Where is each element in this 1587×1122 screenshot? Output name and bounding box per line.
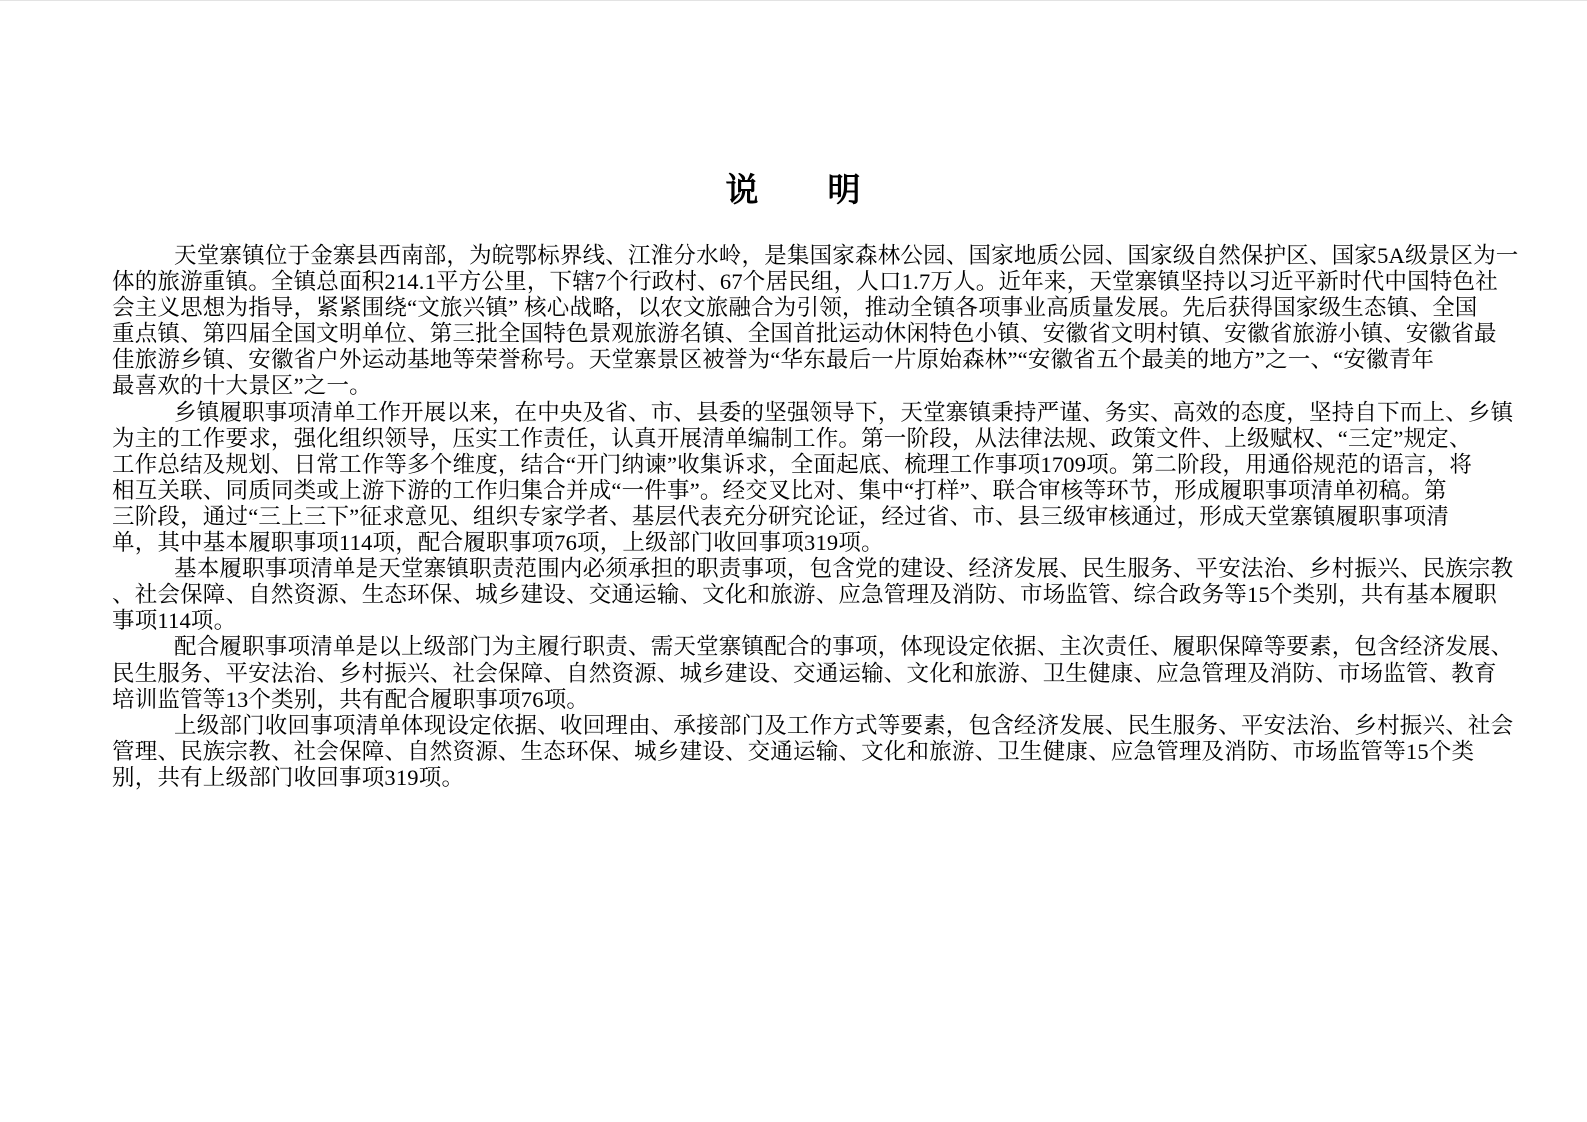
text-line: 会主义思想为指导，紧紧围绕“文旅兴镇” 核心战略，以农文旅融合为引领，推动全镇各…	[112, 295, 1442, 321]
text-line: 民生服务、平安法治、乡村振兴、社会保障、自然资源、城乡建设、交通运输、文化和旅游…	[112, 661, 1442, 687]
text-line: 、社会保障、自然资源、生态环保、城乡建设、交通运输、文化和旅游、应急管理及消防、…	[112, 582, 1442, 608]
text-line: 培训监管等13个类别，共有配合履职事项76项。	[112, 687, 1442, 713]
text-line: 重点镇、第四届全国文明单位、第三批全国特色景观旅游名镇、全国首批运动休闲特色小镇…	[112, 321, 1442, 347]
paragraph: 配合履职事项清单是以上级部门为主履行职责、需天堂寨镇配合的事项，体现设定依据、主…	[112, 634, 1442, 712]
document-title: 说 明	[0, 171, 1587, 211]
text-line: 工作总结及规划、日常工作等多个维度，结合“开门纳谏”收集诉求，全面起底、梳理工作…	[112, 452, 1442, 478]
text-line: 配合履职事项清单是以上级部门为主履行职责、需天堂寨镇配合的事项，体现设定依据、主…	[112, 634, 1442, 660]
text-line: 单，其中基本履职事项114项，配合履职事项76项，上级部门收回事项319项。	[112, 530, 1442, 556]
text-line: 相互关联、同质同类或上游下游的工作归集合并成“一件事”。经交叉比对、集中“打样”…	[112, 478, 1442, 504]
paragraph: 乡镇履职事项清单工作开展以来，在中央及省、市、县委的坚强领导下，天堂寨镇秉持严谨…	[112, 400, 1442, 557]
text-line: 上级部门收回事项清单体现设定依据、收回理由、承接部门及工作方式等要素，包含经济发…	[112, 713, 1442, 739]
text-line: 事项114项。	[112, 608, 1442, 634]
text-line: 基本履职事项清单是天堂寨镇职责范围内必须承担的职责事项，包含党的建设、经济发展、…	[112, 556, 1442, 582]
text-line: 别，共有上级部门收回事项319项。	[112, 765, 1442, 791]
paragraph: 天堂寨镇位于金寨县西南部，为皖鄂标界线、江淮分水岭，是集国家森林公园、国家地质公…	[112, 243, 1442, 400]
text-line: 体的旅游重镇。全镇总面积214.1平方公里，下辖7个行政村、67个居民组，人口1…	[112, 269, 1442, 295]
paragraph: 上级部门收回事项清单体现设定依据、收回理由、承接部门及工作方式等要素，包含经济发…	[112, 713, 1442, 791]
text-line: 佳旅游乡镇、安徽省户外运动基地等荣誉称号。天堂寨景区被誉为“华东最后一片原始森林…	[112, 347, 1442, 373]
text-line: 乡镇履职事项清单工作开展以来，在中央及省、市、县委的坚强领导下，天堂寨镇秉持严谨…	[112, 400, 1442, 426]
text-line: 管理、民族宗教、社会保障、自然资源、生态环保、城乡建设、交通运输、文化和旅游、卫…	[112, 739, 1442, 765]
document-body: 天堂寨镇位于金寨县西南部，为皖鄂标界线、江淮分水岭，是集国家森林公园、国家地质公…	[112, 243, 1442, 791]
text-line: 为主的工作要求，强化组织领导，压实工作责任，认真开展清单编制工作。第一阶段，从法…	[112, 426, 1442, 452]
document-page: 说 明 天堂寨镇位于金寨县西南部，为皖鄂标界线、江淮分水岭，是集国家森林公园、国…	[0, 0, 1587, 1122]
text-line: 最喜欢的十大景区”之一。	[112, 373, 1442, 399]
text-line: 天堂寨镇位于金寨县西南部，为皖鄂标界线、江淮分水岭，是集国家森林公园、国家地质公…	[112, 243, 1442, 269]
text-line: 三阶段，通过“三上三下”征求意见、组织专家学者、基层代表充分研究论证，经过省、市…	[112, 504, 1442, 530]
paragraph: 基本履职事项清单是天堂寨镇职责范围内必须承担的职责事项，包含党的建设、经济发展、…	[112, 556, 1442, 634]
